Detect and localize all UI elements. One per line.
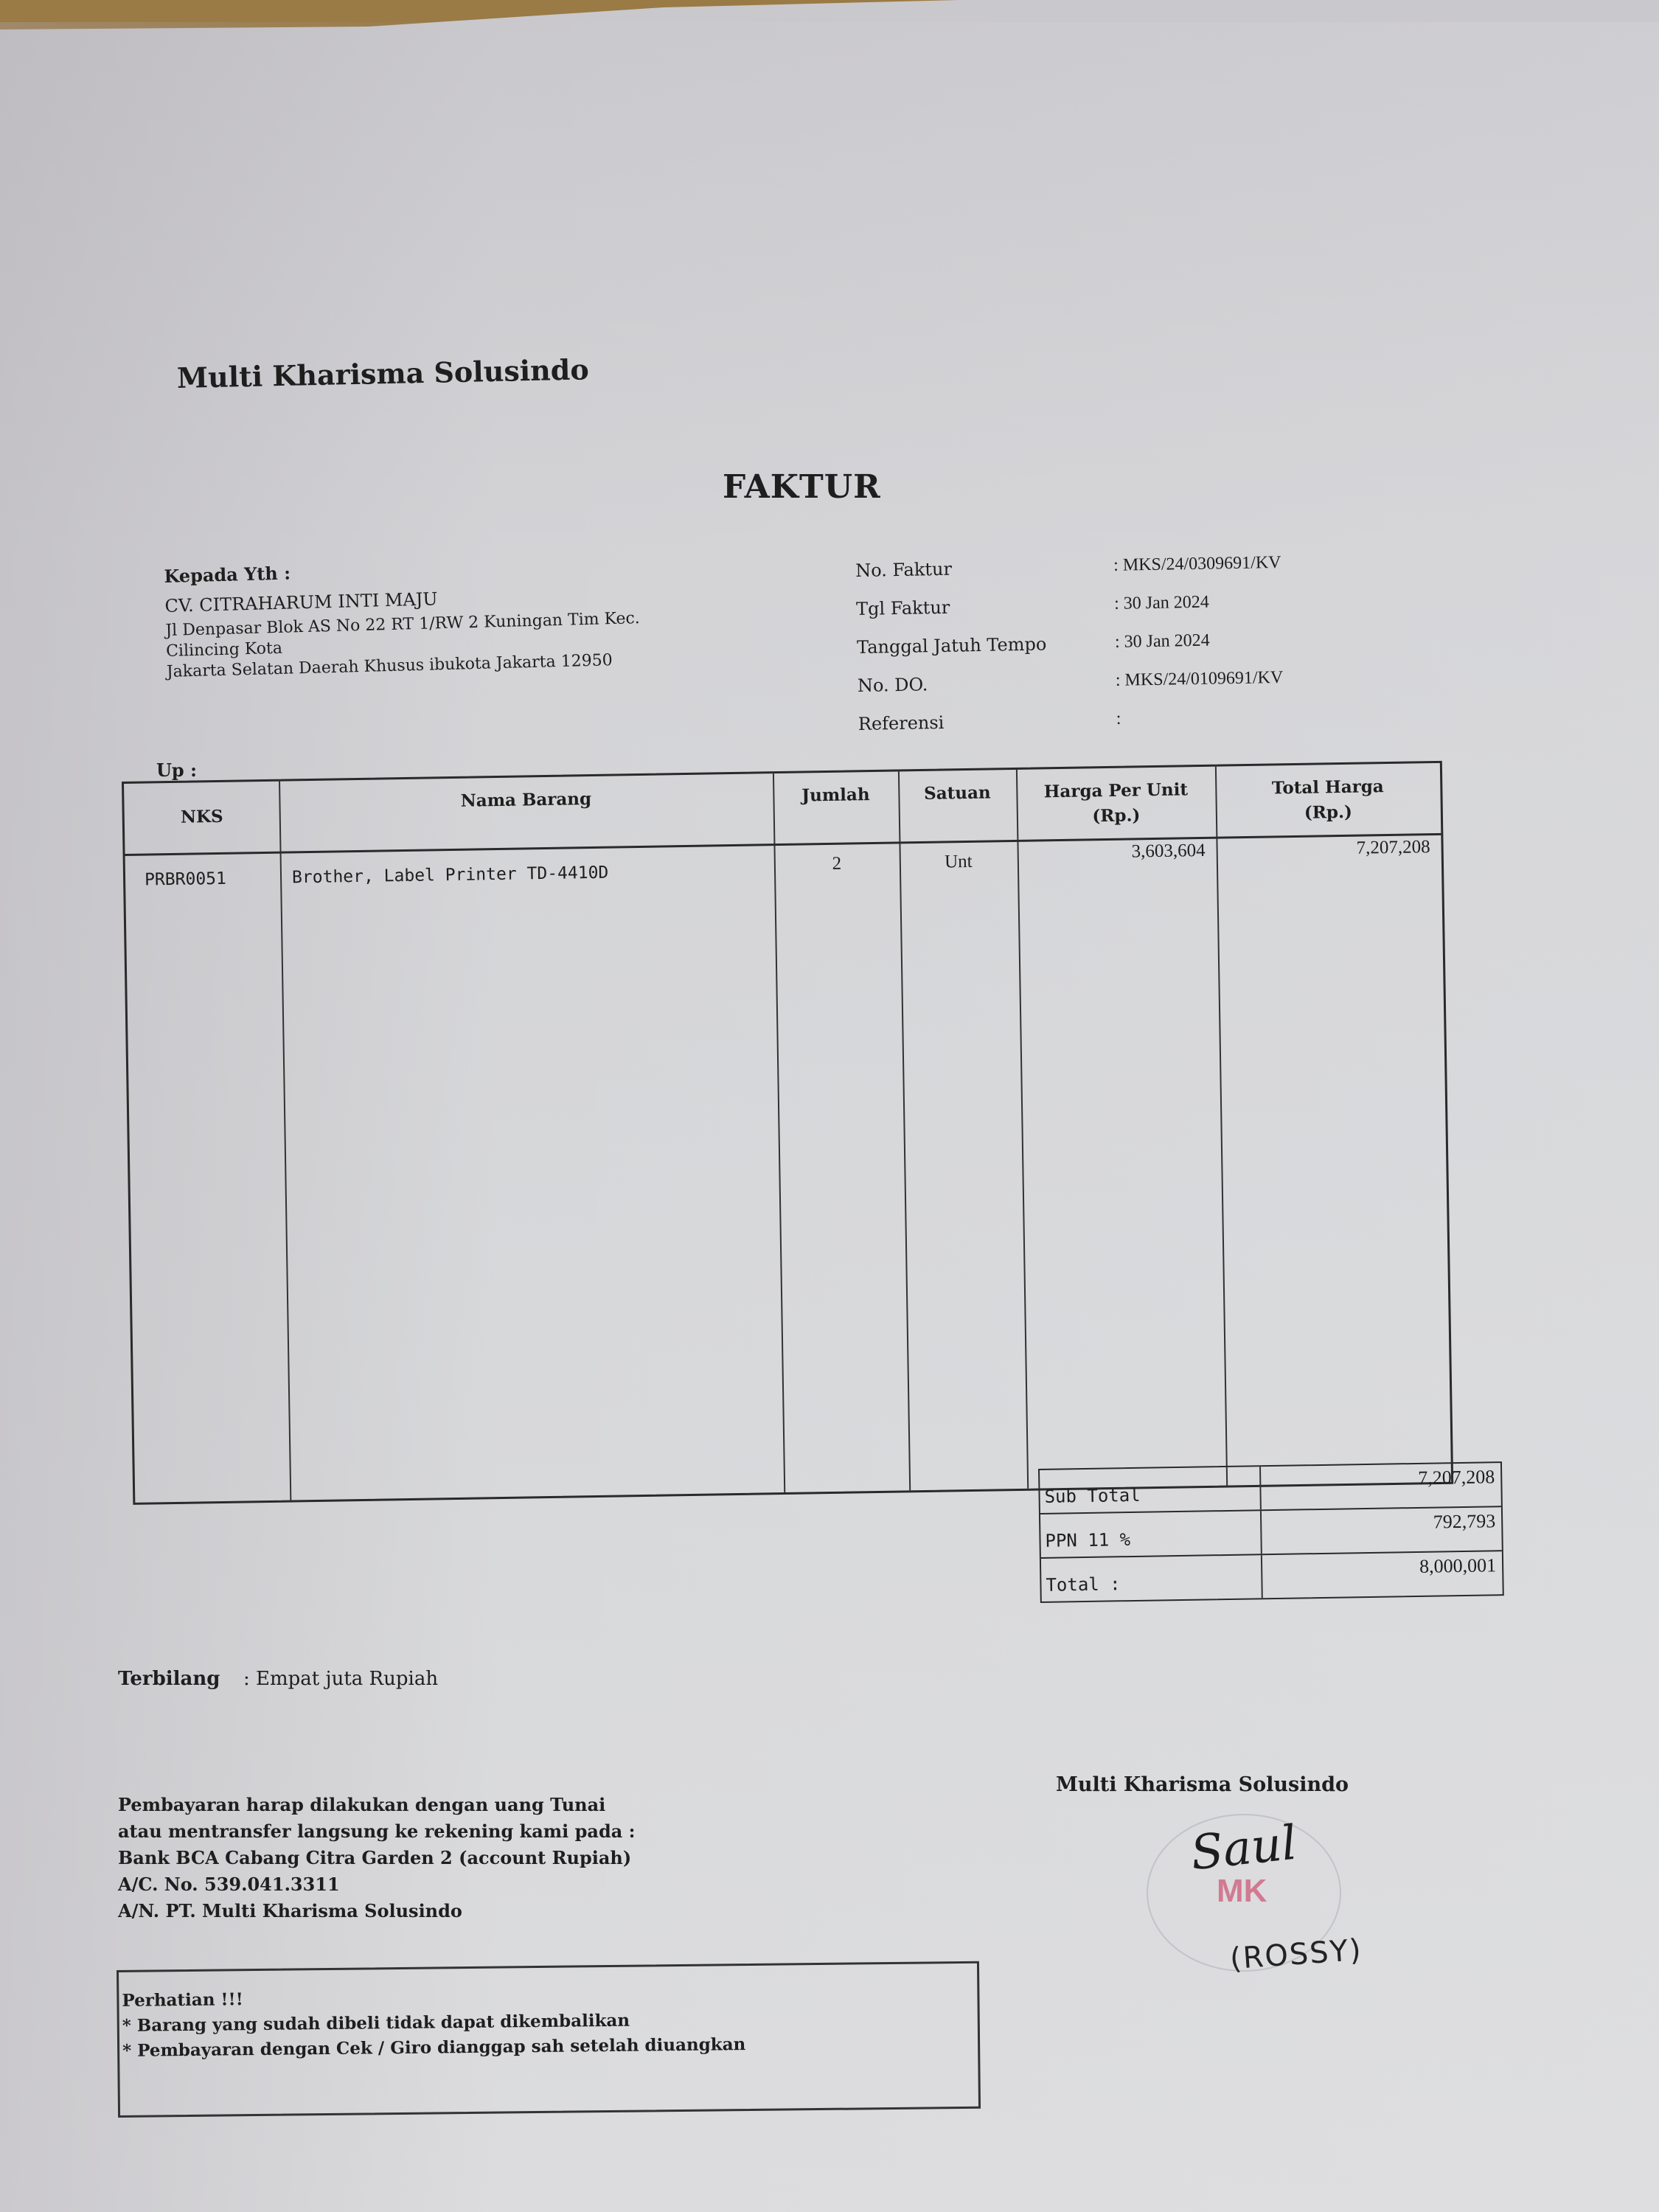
items-table: NKS Nama Barang Jumlah Satuan Harga Per … [122, 761, 1453, 1505]
grand-total-value: 8,000,001 [1262, 1551, 1503, 1598]
payment-line: Bank BCA Cabang Citra Garden 2 (account … [118, 1845, 636, 1871]
handwritten-signature: Saul [1189, 1816, 1300, 1882]
column-divider [1215, 767, 1228, 1486]
column-header-harga-per-unit: Harga Per Unit (Rp.) [1016, 777, 1216, 830]
meta-value: : 30 Jan 2024 [1114, 593, 1210, 633]
column-header-nama-barang: Nama Barang [279, 784, 773, 817]
column-divider [279, 782, 291, 1500]
amount-in-words-value: : Empat juta Rupiah [243, 1668, 438, 1690]
meta-label: No. DO. [858, 671, 1116, 714]
cell-total-harga: 7,207,208 [1216, 837, 1430, 861]
column-header-total-harga: Total Harga (Rp.) [1215, 773, 1441, 827]
document-title: FAKTUR [723, 468, 881, 506]
totals-table: Sub Total 7,207,208 PPN 11 % 792,793 Tot… [1038, 1461, 1504, 1603]
column-header-nks: NKS [125, 804, 280, 831]
meta-value: : MKS/24/0309691/KV [1113, 553, 1281, 594]
meta-invoice-number: No. Faktur : MKS/24/0309691/KV [855, 553, 1281, 599]
payment-line: A/C. No. 539.041.3311 [118, 1871, 636, 1898]
company-stamp: MK [1217, 1873, 1267, 1910]
cell-jumlah: 2 [774, 852, 900, 875]
tax-label: PPN 11 % [1040, 1511, 1262, 1557]
invoice-meta: No. Faktur : MKS/24/0309691/KV Tgl Faktu… [855, 553, 1284, 752]
grand-total-row: Total : 8,000,001 [1041, 1550, 1503, 1601]
tax-row: PPN 11 % 792,793 [1040, 1506, 1502, 1557]
meta-label: No. Faktur [855, 556, 1114, 599]
meta-reference: Referensi : [858, 706, 1284, 752]
grand-total-label: Total : [1041, 1555, 1263, 1601]
meta-label: Referensi [858, 709, 1117, 752]
column-divider [1016, 770, 1029, 1489]
subtotal-row: Sub Total 7,207,208 [1040, 1463, 1501, 1513]
meta-value: : 30 Jan 2024 [1115, 631, 1211, 671]
subtotal-value: 7,207,208 [1261, 1463, 1501, 1509]
amount-in-words: Terbilang: Empat juta Rupiah [118, 1668, 438, 1690]
desk-background [0, 0, 1659, 29]
company-name: Multi Kharisma Solusindo [177, 352, 590, 394]
cell-nama-barang: Brother, Label Printer TD-4410D [292, 863, 609, 888]
payment-line: Pembayaran harap dilakukan dengan uang T… [118, 1792, 636, 1818]
cell-nks: PRBR0051 [145, 869, 226, 890]
payment-line: atau mentransfer langsung ke rekening ka… [118, 1818, 636, 1845]
tax-value: 792,793 [1262, 1507, 1502, 1554]
meta-label: Tgl Faktur [856, 594, 1115, 637]
meta-value: : MKS/24/0109691/KV [1116, 668, 1284, 709]
signature-company: Multi Kharisma Solusindo [1056, 1773, 1349, 1796]
meta-value: : [1116, 709, 1122, 748]
cell-satuan: Unt [900, 851, 1018, 874]
cell-harga-per-unit: 3,603,604 [1017, 841, 1205, 864]
up-label: Up : [156, 759, 197, 781]
column-divider [898, 771, 911, 1490]
subtotal-label: Sub Total [1040, 1467, 1262, 1513]
payment-instructions: Pembayaran harap dilakukan dengan uang T… [118, 1792, 636, 1924]
meta-do-number: No. DO. : MKS/24/0109691/KV [858, 668, 1284, 714]
amount-in-words-label: Terbilang [118, 1668, 243, 1690]
column-header-satuan: Satuan [898, 780, 1017, 807]
payment-line: A/N. PT. Multi Kharisma Solusindo [118, 1898, 636, 1924]
recipient-block: Kepada Yth : CV. CITRAHARUM INTI MAJU Jl… [164, 549, 641, 683]
column-header-jumlah: Jumlah [773, 782, 899, 809]
notice-box: Perhatian !!! * Barang yang sudah dibeli… [116, 1961, 981, 2118]
meta-label: Tanggal Jatuh Tempo [857, 633, 1116, 675]
column-divider [773, 773, 785, 1492]
